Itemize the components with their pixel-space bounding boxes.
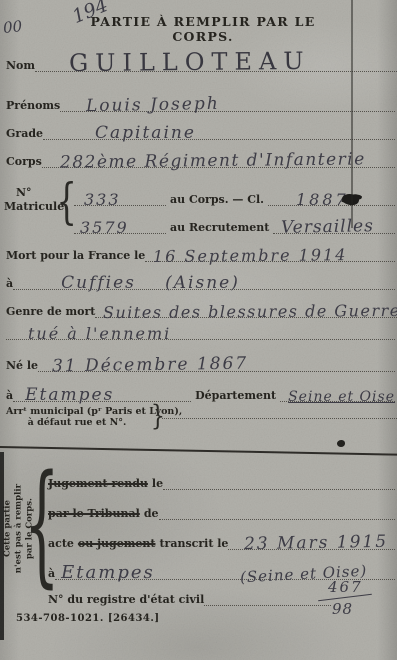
- jugement-label-struck: Jugement rendu: [48, 477, 148, 490]
- prenoms-value: Louis Joseph: [86, 96, 220, 115]
- prenoms-line: Louis Joseph: [60, 87, 395, 112]
- naissance-lieu-label: à: [6, 389, 13, 402]
- departement-line: Seine et Oise: [280, 377, 395, 402]
- transcription-label-rest: transcrit le: [159, 537, 228, 550]
- matricule-label-no: N°: [16, 186, 32, 199]
- jugement-label-rest: le: [152, 477, 163, 490]
- transcription-label-struck: ou jugement: [78, 537, 156, 550]
- grade-value: Capitaine: [95, 125, 196, 142]
- transcription-line: 23 Mars 1915: [228, 527, 395, 550]
- field-transcription-lieu: à Etampes (Seine et Oise): [48, 556, 395, 580]
- imprint-reference: 534-708-1021. [26434.]: [16, 613, 160, 624]
- field-mort: Mort pour la France le 16 Septembre 1914: [6, 240, 395, 262]
- registre-numerator: 467: [328, 578, 363, 596]
- field-tribunal: par le Tribunal de: [48, 498, 395, 520]
- naissance-label: Né le: [6, 359, 38, 372]
- nom-value: GUILLOTEAU: [69, 49, 311, 75]
- transcription-lieu-value: Etampes: [61, 564, 155, 582]
- registre-label: N° du registre d'état civil: [48, 593, 204, 606]
- tribunal-line: [159, 497, 395, 520]
- arr-municipal-label-line2: à défaut rue et N°.: [6, 417, 148, 428]
- field-genre-mort: Genre de mort Suites des blessures de Gu…: [6, 296, 397, 318]
- mort-lieu-line: Cuffies (Aisne): [13, 267, 395, 290]
- tribunal-label-struck: par le Tribunal: [48, 507, 140, 520]
- scan-edge-left-strip: [0, 452, 4, 640]
- field-transcription: acte ou jugement transcrit le 23 Mars 19…: [48, 528, 395, 550]
- matricule-classe-value: 1887: [296, 192, 349, 208]
- side-note-line1: Cette partie: [2, 473, 13, 585]
- field-prenoms: Prénoms Louis Joseph: [6, 88, 395, 112]
- naissance-lieu-value: Etampes: [25, 387, 114, 404]
- field-genre-mort-line2: tué à l'ennemi: [6, 320, 395, 340]
- field-arr-municipal: Arrᵗ municipal (pʳ Paris et Lyon), à déf…: [6, 406, 148, 428]
- field-matricule-recrutement: 3579 au Recrutement Versailles: [74, 212, 395, 234]
- mort-label: Mort pour la France le: [6, 249, 145, 262]
- arr-municipal-line: [162, 404, 397, 419]
- genre-mort-value-line2: tué à l'ennemi: [28, 326, 171, 342]
- field-nom: Nom GUILLOTEAU: [6, 46, 397, 72]
- registre-fraction: 467 98: [318, 578, 374, 618]
- mort-lieu-value: Cuffies: [61, 275, 136, 292]
- matricule-corps-label: au Corps. — Cl.: [170, 193, 264, 206]
- ink-dot: [337, 440, 345, 447]
- field-grade: Grade Capitaine: [6, 116, 395, 140]
- matricule-recrutement-place: Versailles: [281, 218, 374, 237]
- jugement-line: [163, 467, 395, 490]
- transcription-lieu-line: Etampes (Seine et Oise): [55, 555, 395, 580]
- matricule-corps-number: 333: [84, 192, 121, 208]
- genre-mort-line2: tué à l'ennemi: [6, 319, 395, 340]
- mort-lieu-paren-value: (Aisne): [165, 275, 240, 292]
- nom-line: GUILLOTEAU: [35, 45, 397, 72]
- field-naissance: Né le 31 Décembre 1867: [6, 350, 395, 372]
- matricule-recrutement-line: 3579: [74, 211, 166, 234]
- matricule-recrutement-label: au Recrutement: [170, 221, 269, 234]
- corps-line: 282ème Régiment d'Infanterie: [42, 143, 395, 168]
- mort-line: 16 Septembre 1914: [145, 239, 395, 262]
- corps-label: Corps: [6, 155, 42, 168]
- tribunal-label-rest: de: [144, 507, 159, 520]
- scan-fold-line: [351, 0, 353, 228]
- field-corps: Corps 282ème Régiment d'Infanterie: [6, 144, 395, 168]
- transcription-lieu-label: à: [48, 567, 55, 580]
- section-separator-line: [0, 446, 397, 456]
- matricule-recrutement-number: 3579: [80, 220, 129, 236]
- arr-municipal-label-line1: Arrᵗ municipal (pʳ Paris et Lyon),: [6, 406, 148, 417]
- grade-label: Grade: [6, 127, 43, 140]
- field-naissance-lieu: à Etampes Département Seine et Oise: [6, 378, 395, 402]
- matricule-classe-line: 1887: [268, 183, 395, 206]
- grade-line: Capitaine: [43, 115, 395, 140]
- death-record-card: 00 194 PARTIE À REMPLIR PAR LE CORPS. No…: [0, 0, 397, 660]
- corps-value: 282ème Régiment d'Infanterie: [60, 151, 366, 171]
- departement-label: Département: [195, 389, 276, 402]
- matricule-corps-line: 333: [74, 183, 166, 206]
- field-jugement: Jugement rendu le: [48, 468, 395, 490]
- genre-mort-line: Suites des blessures de Guerre: [95, 295, 397, 318]
- form-title: PARTIE À REMPLIR PAR LE CORPS.: [58, 14, 348, 44]
- stamp-number-small: 00: [2, 17, 23, 37]
- field-mort-lieu: à Cuffies (Aisne): [6, 268, 395, 290]
- prenoms-label: Prénoms: [6, 99, 60, 112]
- genre-mort-label: Genre de mort: [6, 305, 95, 318]
- mort-date-value: 16 Septembre 1914: [153, 247, 347, 265]
- nom-label: Nom: [6, 59, 35, 72]
- registre-denominator: 98: [332, 600, 353, 618]
- naissance-date-value: 31 Décembre 1867: [52, 356, 248, 376]
- transcription-label-pre: acte: [48, 537, 74, 550]
- transcription-date-value: 23 Mars 1915: [244, 534, 388, 554]
- registre-line: [204, 585, 331, 606]
- matricule-recrutement-place-line: Versailles: [273, 211, 395, 234]
- naissance-line: 31 Décembre 1867: [38, 349, 395, 372]
- departement-value: Seine et Oise: [288, 390, 395, 404]
- mort-lieu-label: à: [6, 277, 13, 290]
- field-registre: N° du registre d'état civil: [48, 586, 331, 606]
- field-matricule-corps: 333 au Corps. — Cl. 1887: [74, 184, 395, 206]
- side-note-line2: n'est pas à remplir: [13, 473, 24, 585]
